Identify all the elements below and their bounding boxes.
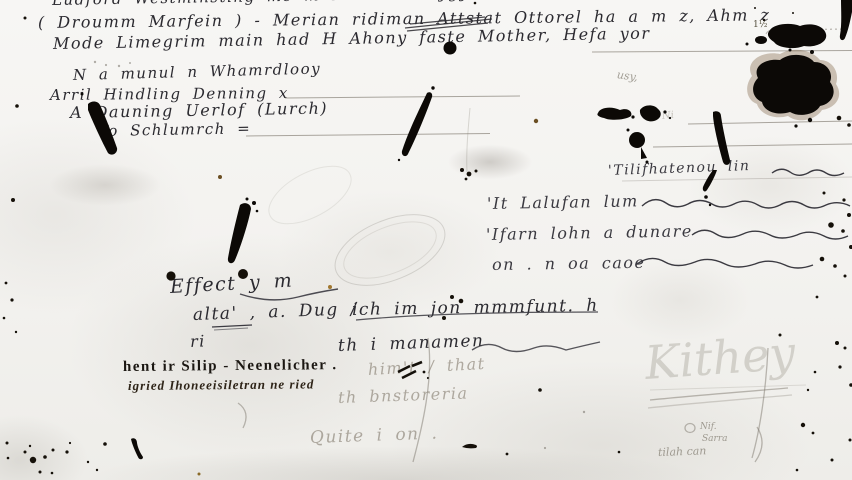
scrawl-line-4: on . n oa caoe — [492, 253, 646, 274]
scrawl-line-2: 'It Lalufan lum — [487, 191, 639, 213]
middle-line-alta: alta' , a. Dug / — [193, 299, 359, 325]
pencil-bottom-1: Nif. — [700, 422, 717, 432]
paper-crease — [467, 108, 470, 172]
margin-fraction: 1½ — [753, 20, 767, 30]
printed-line-2: igried Ihoneeisiletran ne ried — [128, 376, 315, 394]
middle-line-imanamen: th i manamen — [338, 331, 485, 356]
faint-line-3: Quite i on . — [310, 424, 439, 448]
printed-line-1: hent ir Silip - Neenelicher . — [123, 357, 338, 376]
scrawl-line-3: 'Ifarn lohn a dunare — [486, 221, 693, 244]
middle-line-ri: ri — [190, 331, 206, 351]
faint-line-1: him't / that — [368, 354, 487, 379]
ink-blot-large — [746, 24, 840, 128]
pencil-bottom-3: tilah can — [658, 444, 707, 459]
ink-blot-row — [444, 42, 672, 164]
handwritten-line-7: To Schlumrch = — [98, 119, 252, 140]
pencil-note-ni: Ni — [661, 110, 674, 122]
ghost-pencil-word: Kithey — [643, 326, 797, 390]
manuscript-photo: Ludford Westminsting me m lid - he haygy… — [0, 0, 852, 480]
pencil-bottom-2: Sarra — [702, 434, 728, 444]
middle-line-scrawl: ich im jon mmmfunt. h — [352, 296, 599, 320]
scrawl-line-1: 'Tilifhatenou lin — [608, 158, 751, 179]
pencil-note-usy: usy, — [616, 68, 639, 84]
faint-line-2: th bnstoreria — [338, 383, 469, 407]
handwritten-line-4: N a munul n Whamrdlooy — [73, 60, 322, 84]
middle-line-effect: Effect y m — [169, 270, 293, 298]
handwritten-line-6: A Dauning Uerlof (Lurch) — [70, 98, 328, 122]
